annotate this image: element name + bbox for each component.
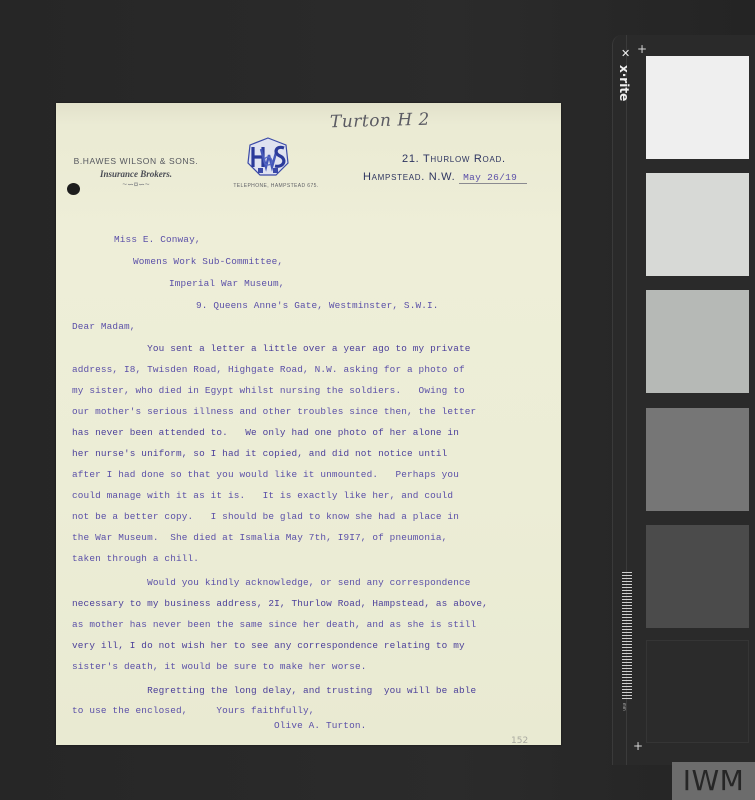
recipient-name: Miss E. Conway, bbox=[114, 234, 201, 245]
body-line: has never been attended to. We only had … bbox=[72, 427, 459, 438]
sender-address-city-text: Hampstead. N.W. bbox=[363, 171, 455, 183]
paper-discoloration bbox=[56, 103, 561, 125]
ruler-unit-label: mm bbox=[622, 703, 627, 711]
firm-subtitle: Insurance Brokers. bbox=[56, 169, 216, 179]
sender-address-street: 21. Thurlow Road. bbox=[402, 153, 506, 165]
recipient-organisation: Imperial War Museum, bbox=[169, 278, 285, 289]
recipient-committee: Womens Work Sub-Committee, bbox=[133, 256, 283, 267]
patch-near-black bbox=[646, 640, 749, 743]
body-line: You sent a letter a little over a year a… bbox=[72, 343, 471, 354]
xrite-wordmark: x·rite bbox=[617, 65, 631, 101]
body-line: very ill, I do not wish her to see any c… bbox=[72, 640, 465, 651]
patch-gray-light-mid bbox=[646, 290, 749, 393]
crosshair-icon: + bbox=[637, 43, 647, 55]
body-line: as mother has never been the same since … bbox=[72, 619, 476, 630]
iwm-watermark: IWM bbox=[672, 762, 755, 800]
color-checker-card: ✕ x·rite + mm + bbox=[612, 35, 755, 765]
handwritten-annotation: Turton H 2 bbox=[330, 110, 430, 133]
patch-gray-dark bbox=[646, 525, 749, 628]
xrite-logo-icon: ✕ bbox=[621, 47, 630, 60]
xrite-brand: ✕ x·rite bbox=[617, 47, 639, 127]
letterhead-firm: B.HAWES WILSON & SONS. Insurance Brokers… bbox=[56, 156, 216, 189]
monogram-logo-icon bbox=[246, 137, 290, 177]
body-line: necessary to my business address, 2I, Th… bbox=[72, 598, 488, 609]
telephone-number: TELEPHONE, HAMPSTEAD 675. bbox=[216, 183, 336, 189]
body-line: the War Museum. She died at Ismalia May … bbox=[72, 532, 447, 543]
firm-flourish: ~∽¤∽~ bbox=[56, 180, 216, 189]
salutation: Dear Madam, bbox=[72, 321, 136, 332]
crosshair-icon: + bbox=[633, 740, 643, 752]
recipient-address: 9. Queens Anne's Gate, Westminster, S.W.… bbox=[196, 300, 439, 311]
letter-date: May 26/19 bbox=[459, 172, 527, 184]
sender-address-city: Hampstead. N.W. May 26/19 bbox=[363, 171, 527, 184]
archive-page-number: 152 bbox=[511, 736, 528, 746]
letter-paper: B.HAWES WILSON & SONS. Insurance Brokers… bbox=[56, 103, 561, 745]
measurement-ruler bbox=[622, 572, 632, 700]
patch-white bbox=[646, 56, 749, 159]
patch-gray-mid bbox=[646, 408, 749, 511]
body-line: could manage with it as it is. It is exa… bbox=[72, 490, 453, 501]
body-line: Regretting the long delay, and trusting … bbox=[72, 685, 476, 696]
body-line: Would you kindly acknowledge, or send an… bbox=[72, 577, 471, 588]
body-line: taken through a chill. bbox=[72, 553, 199, 564]
body-line: sister's death, it would be sure to make… bbox=[72, 661, 367, 672]
signature: Olive A. Turton. bbox=[274, 720, 366, 731]
body-line: my sister, who died in Egypt whilst nurs… bbox=[72, 385, 465, 396]
body-line: not be a better copy. I should be glad t… bbox=[72, 511, 459, 522]
firm-name: B.HAWES WILSON & SONS. bbox=[56, 156, 216, 166]
body-line: our mother's serious illness and other t… bbox=[72, 406, 476, 417]
body-line: address, I8, Twisden Road, Highgate Road… bbox=[72, 364, 465, 375]
closing-line: to use the enclosed, Yours faithfully, bbox=[72, 705, 315, 716]
body-line: after I had done so that you would like … bbox=[72, 469, 459, 480]
patch-light-gray bbox=[646, 173, 749, 276]
body-line: her nurse's uniform, so I had it copied,… bbox=[72, 448, 447, 459]
